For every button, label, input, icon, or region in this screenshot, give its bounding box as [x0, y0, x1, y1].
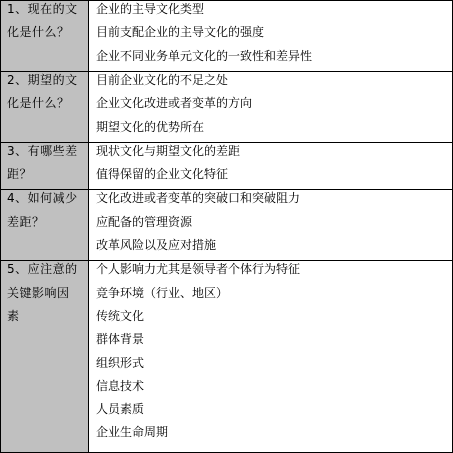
question-cell: 5、应注意的 关键影响因 素: [1, 261, 89, 450]
answer-item: 目前支配企业的主导文化的强度: [96, 24, 452, 47]
answer-cell: 目前企业文化的不足之处 企业文化改进或者变革的方向 期望文化的优势所在: [89, 72, 453, 143]
answer-cell: 文化改进或者变革的突破口和突破阻力 应配备的管理资源 改革风险以及应对措施: [89, 190, 453, 261]
question-text: 2、期望的文: [7, 72, 88, 95]
answer-cell: 企业的主导文化类型 目前支配企业的主导文化的强度 企业不同业务单元文化的一致性和…: [89, 1, 453, 72]
answer-cell: 个人影响力尤其是领导者个体行为特征 竞争环境（行业、地区） 传统文化 群体背景 …: [89, 261, 453, 450]
answer-item: 改革风险以及应对措施: [96, 237, 452, 260]
culture-analysis-table: 1、现在的文 化是什么？ 企业的主导文化类型 目前支配企业的主导文化的强度 企业…: [0, 0, 453, 450]
question-text: 差距？: [7, 214, 88, 237]
question-text: 5、应注意的: [7, 261, 88, 284]
answer-item: 个人影响力尤其是领导者个体行为特征: [96, 261, 452, 284]
answer-item: 组织形式: [96, 355, 452, 378]
answer-item: 群体背景: [96, 331, 452, 354]
answer-item: 信息技术: [96, 378, 452, 401]
question-text: 关键影响因: [7, 285, 88, 308]
question-text: 素: [7, 308, 88, 331]
table-row: 3、有哪些差 距？ 现状文化与期望文化的差距 值得保留的企业文化特征: [1, 142, 453, 190]
question-cell: 2、期望的文 化是什么？: [1, 72, 89, 143]
question-text: 距？: [7, 166, 88, 189]
question-text: 4、如何减少: [7, 190, 88, 213]
question-cell: 3、有哪些差 距？: [1, 142, 89, 190]
answer-item: 传统文化: [96, 308, 452, 331]
answer-item: 企业不同业务单元文化的一致性和差异性: [96, 48, 452, 71]
answer-item: 企业生命周期: [96, 424, 452, 447]
answer-item: 人员素质: [96, 401, 452, 424]
question-text: 化是什么？: [7, 95, 88, 118]
table-row: 5、应注意的 关键影响因 素 个人影响力尤其是领导者个体行为特征 竞争环境（行业…: [1, 261, 453, 450]
answer-item: 期望文化的优势所在: [96, 119, 452, 142]
table-row: 2、期望的文 化是什么？ 目前企业文化的不足之处 企业文化改进或者变革的方向 期…: [1, 72, 453, 143]
question-cell: 4、如何减少 差距？: [1, 190, 89, 261]
table-row: 4、如何减少 差距？ 文化改进或者变革的突破口和突破阻力 应配备的管理资源 改革…: [1, 190, 453, 261]
question-text: 3、有哪些差: [7, 143, 88, 166]
answer-item: 企业的主导文化类型: [96, 1, 452, 24]
question-text: 1、现在的文: [7, 1, 88, 24]
question-text: 化是什么？: [7, 24, 88, 47]
answer-item: 文化改进或者变革的突破口和突破阻力: [96, 190, 452, 213]
answer-item: 竞争环境（行业、地区）: [96, 285, 452, 308]
answer-item: 应配备的管理资源: [96, 214, 452, 237]
table-row: 1、现在的文 化是什么？ 企业的主导文化类型 目前支配企业的主导文化的强度 企业…: [1, 1, 453, 72]
answer-item: 企业文化改进或者变革的方向: [96, 95, 452, 118]
answer-item: 目前企业文化的不足之处: [96, 72, 452, 95]
question-cell: 1、现在的文 化是什么？: [1, 1, 89, 72]
answer-cell: 现状文化与期望文化的差距 值得保留的企业文化特征: [89, 142, 453, 190]
answer-item: 现状文化与期望文化的差距: [96, 143, 452, 166]
answer-item: 值得保留的企业文化特征: [96, 166, 452, 189]
